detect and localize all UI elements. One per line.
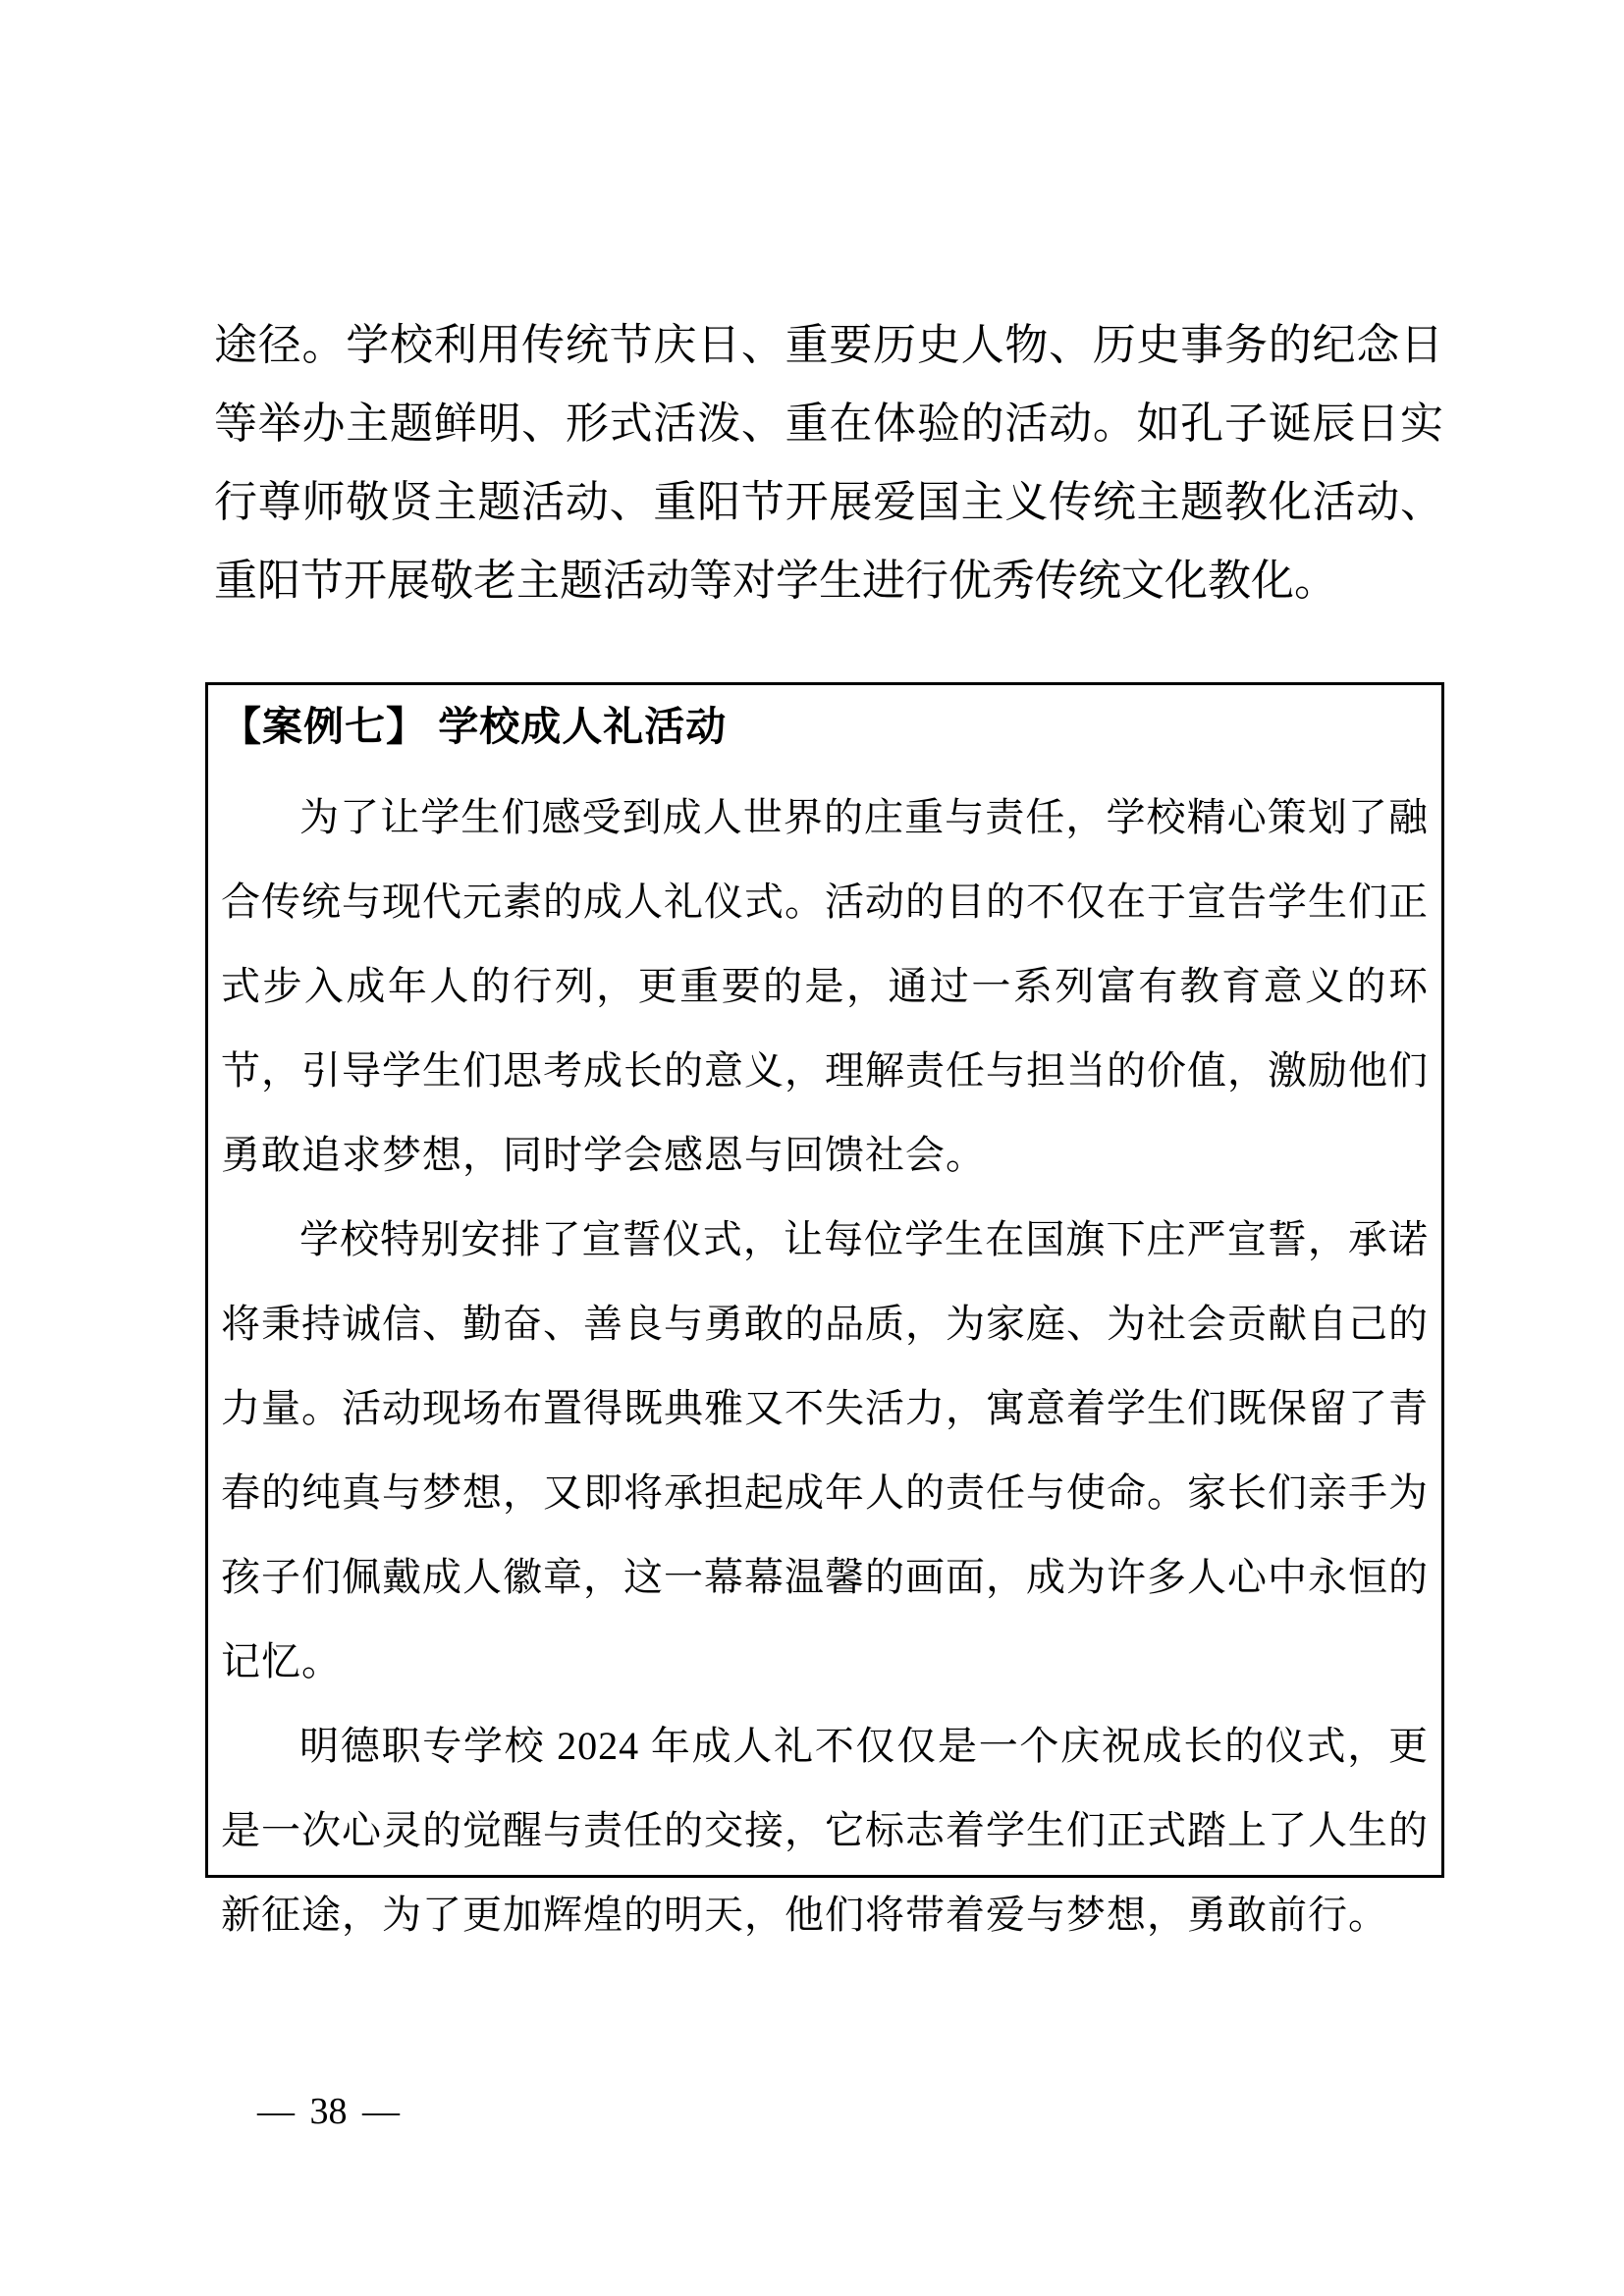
case-paragraph-1: 为了让学生们感受到成人世界的庄重与责任，学校精心策划了融合传统与现代元素的成人礼… (221, 775, 1429, 1198)
page-number: — 38 — (257, 2089, 400, 2134)
case-paragraph-2: 学校特别安排了宣誓仪式，让每位学生在国旗下庄严宣誓，承诺将秉持诚信、勤奋、善良与… (221, 1198, 1429, 1704)
case-title: 【案例七】 学校成人礼活动 (221, 699, 1429, 754)
document-page: 途径。学校利用传统节庆日、重要历史人物、历史事务的纪念日等举办主题鲜明、形式活泼… (0, 0, 1624, 2296)
intro-paragraph: 途径。学校利用传统节庆日、重要历史人物、历史事务的纪念日等举办主题鲜明、形式活泼… (214, 306, 1443, 620)
case-study-box: 【案例七】 学校成人礼活动 为了让学生们感受到成人世界的庄重与责任，学校精心策划… (205, 682, 1444, 1878)
case-paragraph-3: 明德职专学校 2024 年成人礼不仅仅是一个庆祝成长的仪式，更是一次心灵的觉醒与… (221, 1704, 1429, 1957)
